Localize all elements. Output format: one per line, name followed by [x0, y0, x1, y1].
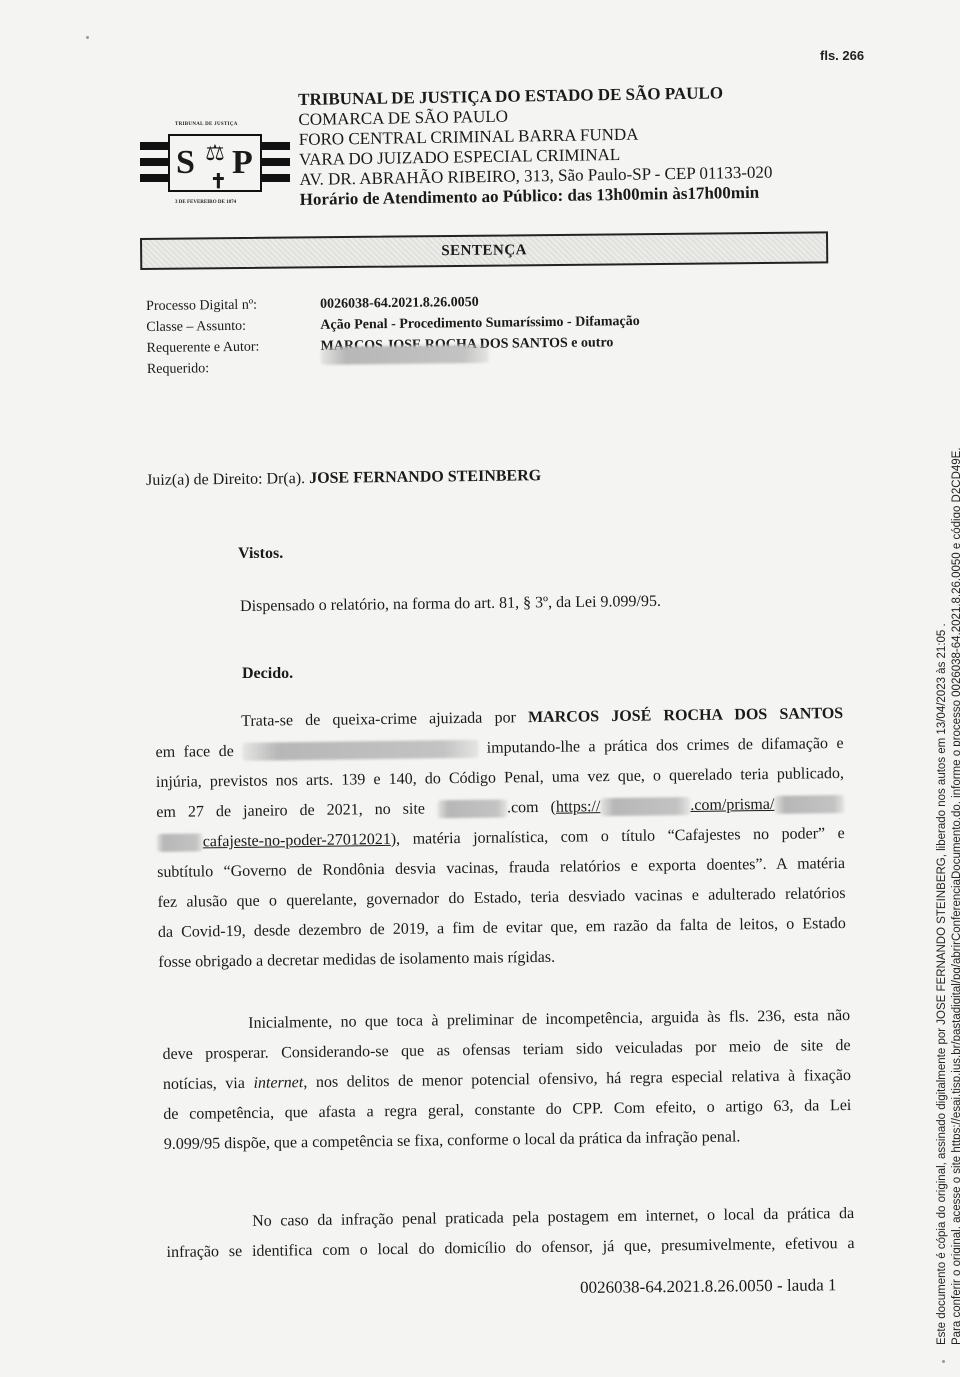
- court-logo: TRIBUNAL DE JUSTIÇA S ⚖ ✝ P 3 DE FEVEREI…: [140, 118, 290, 208]
- case-info: Processo Digital nº: 0026038-64.2021.8.2…: [146, 290, 640, 380]
- text-span: .com (: [507, 799, 556, 817]
- logo-emblem: S ⚖ ✝ P: [168, 134, 262, 192]
- plaintiff-label: Requerente e Autor:: [147, 336, 321, 359]
- plaintiff-name: MARCOS JOSÉ ROCHA DOS SANTOS: [528, 705, 843, 726]
- redacted-url-part: [774, 795, 844, 814]
- verification-note-line: Para conferir o original, acesse o site …: [950, 447, 960, 1345]
- redacted-url-part: [600, 797, 690, 816]
- text-span: ), matéria jornalística, com o título “C…: [391, 825, 845, 848]
- article-link[interactable]: cafajeste-no-poder-27012021: [203, 831, 391, 850]
- document-title-bar: SENTENÇA: [140, 231, 828, 270]
- judge-line: Juiz(a) de Direito: Dr(a). JOSE FERNANDO…: [146, 467, 541, 490]
- logo-letter-s: S: [176, 144, 195, 182]
- logo-letter-p: P: [232, 144, 253, 182]
- dispensado-text: Dispensado o relatório, na forma do art.…: [240, 593, 661, 616]
- redacted-defendant: [321, 345, 489, 365]
- document-title: SENTENÇA: [441, 242, 527, 260]
- redacted-defendant-name: [242, 740, 478, 761]
- article-link[interactable]: https://: [556, 798, 601, 816]
- paragraph-location: No caso da infração penal praticada pela…: [166, 1199, 855, 1268]
- scan-speck: [942, 1360, 945, 1363]
- paragraph-jurisdiction: Inicialmente, no que toca à preliminar d…: [162, 1001, 852, 1160]
- judge-name: JOSE FERNANDO STEINBERG: [309, 467, 541, 487]
- scan-speck: [86, 36, 89, 39]
- logo-top-caption: TRIBUNAL DE JUSTIÇA: [175, 122, 238, 127]
- page-number: fls. 266: [820, 48, 864, 63]
- class-label: Classe – Assunto:: [146, 315, 320, 338]
- scales-of-justice-icon: ⚖: [204, 140, 226, 170]
- redacted-site: [437, 800, 507, 819]
- text-span: Trata-se de queixa-crime ajuizada por: [241, 709, 528, 730]
- text-span: notícias, via: [163, 1075, 254, 1093]
- digital-signature-note: Este documento é cópia do original, assi…: [935, 447, 960, 1345]
- text-span: , nos delitos de menor potencial ofensiv…: [303, 1067, 851, 1091]
- decido-heading: Decido.: [242, 665, 293, 683]
- process-label: Processo Digital nº:: [146, 294, 320, 317]
- logo-bottom-caption: 3 DE FEVEREIRO DE 1874: [175, 200, 236, 205]
- judge-label: Juiz(a) de Direito: Dr(a).: [146, 470, 305, 489]
- cross-icon: ✝: [210, 172, 227, 192]
- text-span: em 27 de janeiro de 2021, no site: [156, 800, 425, 821]
- text-span: em face de: [155, 743, 233, 761]
- signature-note-line: Este documento é cópia do original, assi…: [935, 447, 950, 1345]
- vistos-heading: Vistos.: [238, 545, 283, 563]
- article-link[interactable]: .com/prisma/: [690, 796, 774, 814]
- italic-term: internet: [253, 1074, 303, 1092]
- court-header: TRIBUNAL DE JUSTIÇA DO ESTADO DE SÃO PAU…: [298, 83, 773, 210]
- defendant-label: Requerido:: [147, 357, 321, 380]
- process-number: 0026038-64.2021.8.26.0050: [320, 292, 479, 315]
- paragraph-complaint: Trata-se de queixa-crime ajuizada por MA…: [155, 699, 846, 978]
- footer-page-reference: 0026038-64.2021.8.26.0050 - lauda 1: [580, 1275, 837, 1298]
- text-span: imputando-lhe a prática dos crimes de di…: [487, 735, 844, 757]
- redacted-url-part: [157, 834, 203, 853]
